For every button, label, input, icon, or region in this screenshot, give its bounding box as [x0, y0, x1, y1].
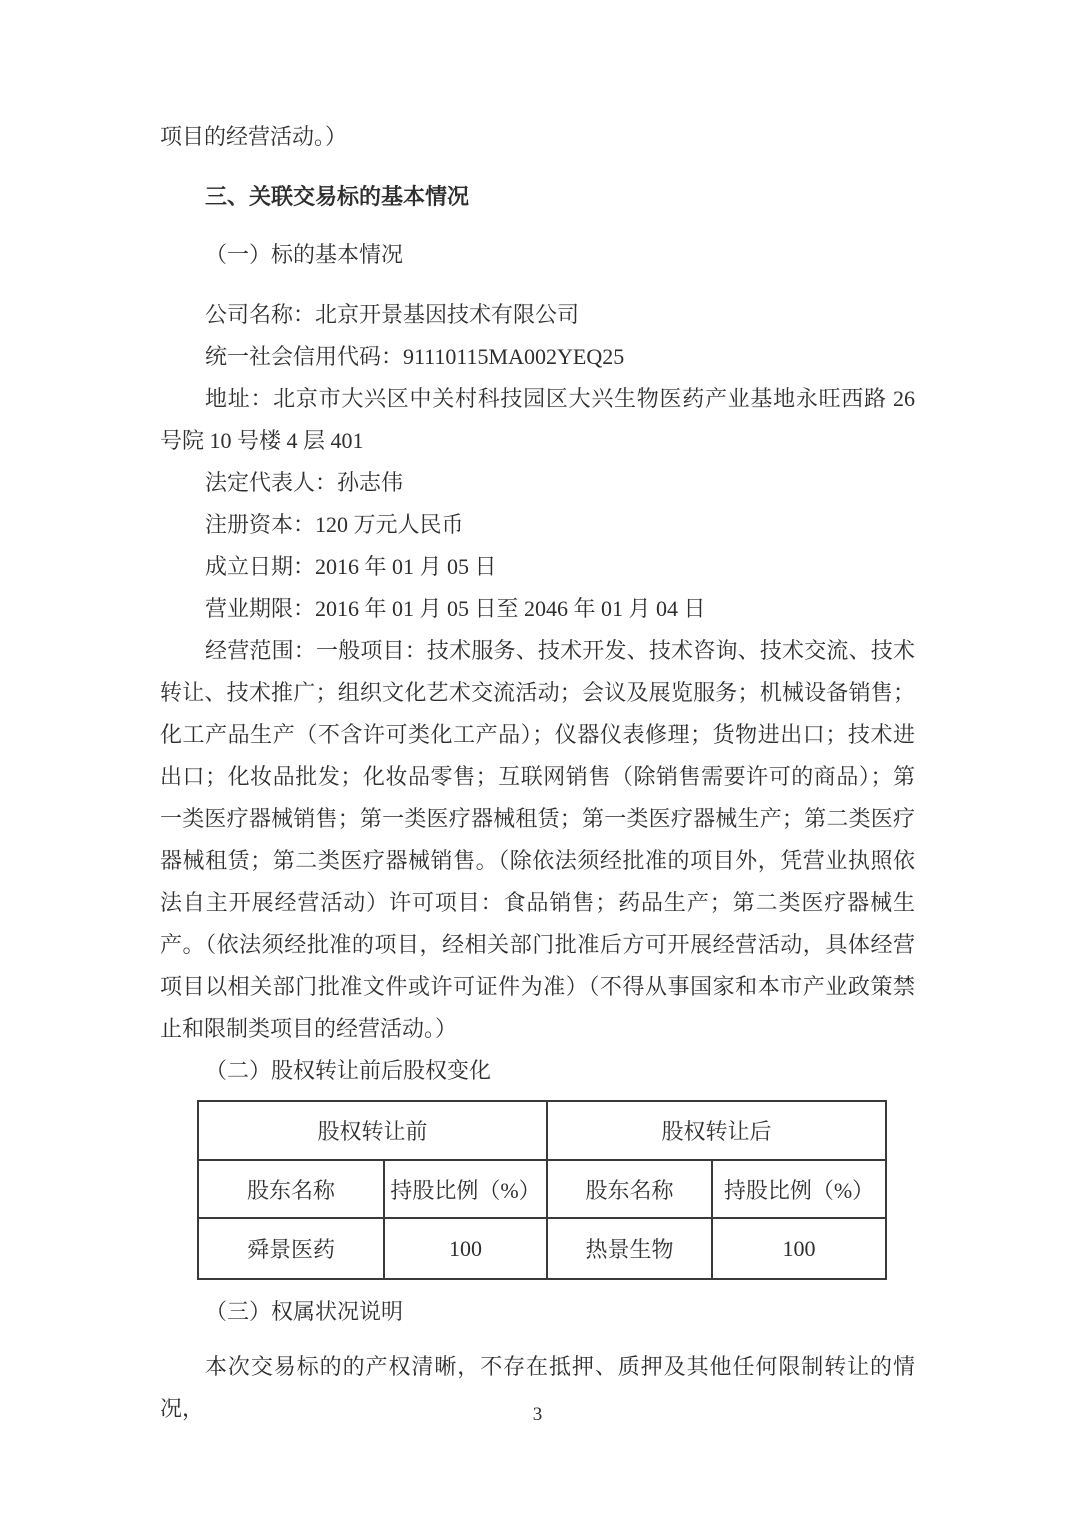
- table-column-header-row: 股东名称 持股比例（%） 股东名称 持股比例（%）: [198, 1160, 886, 1218]
- field-registered-capital: 注册资本：120 万元人民币: [160, 504, 915, 546]
- continuation-line: 项目的经营活动。）: [160, 116, 915, 158]
- page-number: 3: [160, 1398, 915, 1432]
- table-group-header-row: 股权转让前 股权转让后: [198, 1101, 886, 1160]
- subsection3-heading: （三）权属状况说明: [160, 1291, 915, 1333]
- cell-ratio-after: 100: [712, 1218, 886, 1279]
- col-header-shareholder-before: 股东名称: [198, 1160, 384, 1218]
- field-company-name: 公司名称：北京开景基因技术有限公司: [160, 294, 915, 336]
- section-heading: 三、关联交易标的基本情况: [160, 176, 915, 218]
- field-business-scope: 经营范围：一般项目：技术服务、技术开发、技术咨询、技术交流、技术转让、技术推广；…: [160, 630, 915, 1050]
- document-page: 项目的经营活动。） 三、关联交易标的基本情况 （一）标的基本情况 公司名称：北京…: [0, 0, 1080, 1527]
- field-legal-representative: 法定代表人：孙志伟: [160, 462, 915, 504]
- cell-ratio-before: 100: [384, 1218, 547, 1279]
- subsection1-heading: （一）标的基本情况: [160, 234, 915, 276]
- field-address: 地址：北京市大兴区中关村科技园区大兴生物医药产业基地永旺西路 26 号院 10 …: [160, 378, 915, 462]
- group-header-after-transfer: 股权转让后: [547, 1101, 886, 1160]
- page-content: 项目的经营活动。） 三、关联交易标的基本情况 （一）标的基本情况 公司名称：北京…: [160, 116, 915, 1430]
- cell-shareholder-after: 热景生物: [547, 1218, 712, 1279]
- col-header-shareholder-after: 股东名称: [547, 1160, 712, 1218]
- col-header-ratio-before: 持股比例（%）: [384, 1160, 547, 1218]
- cell-shareholder-before: 舜景医药: [198, 1218, 384, 1279]
- field-credit-code: 统一社会信用代码：91110115MA002YEQ25: [160, 336, 915, 378]
- group-header-before-transfer: 股权转让前: [198, 1101, 547, 1160]
- equity-change-table: 股权转让前 股权转让后 股东名称 持股比例（%） 股东名称 持股比例（%） 舜景…: [197, 1100, 887, 1280]
- field-establishment-date: 成立日期：2016 年 01 月 05 日: [160, 546, 915, 588]
- field-business-term: 营业期限：2016 年 01 月 05 日至 2046 年 01 月 04 日: [160, 588, 915, 630]
- subsection2-heading: （二）股权转让前后股权变化: [160, 1050, 915, 1092]
- table-row: 舜景医药 100 热景生物 100: [198, 1218, 886, 1279]
- col-header-ratio-after: 持股比例（%）: [712, 1160, 886, 1218]
